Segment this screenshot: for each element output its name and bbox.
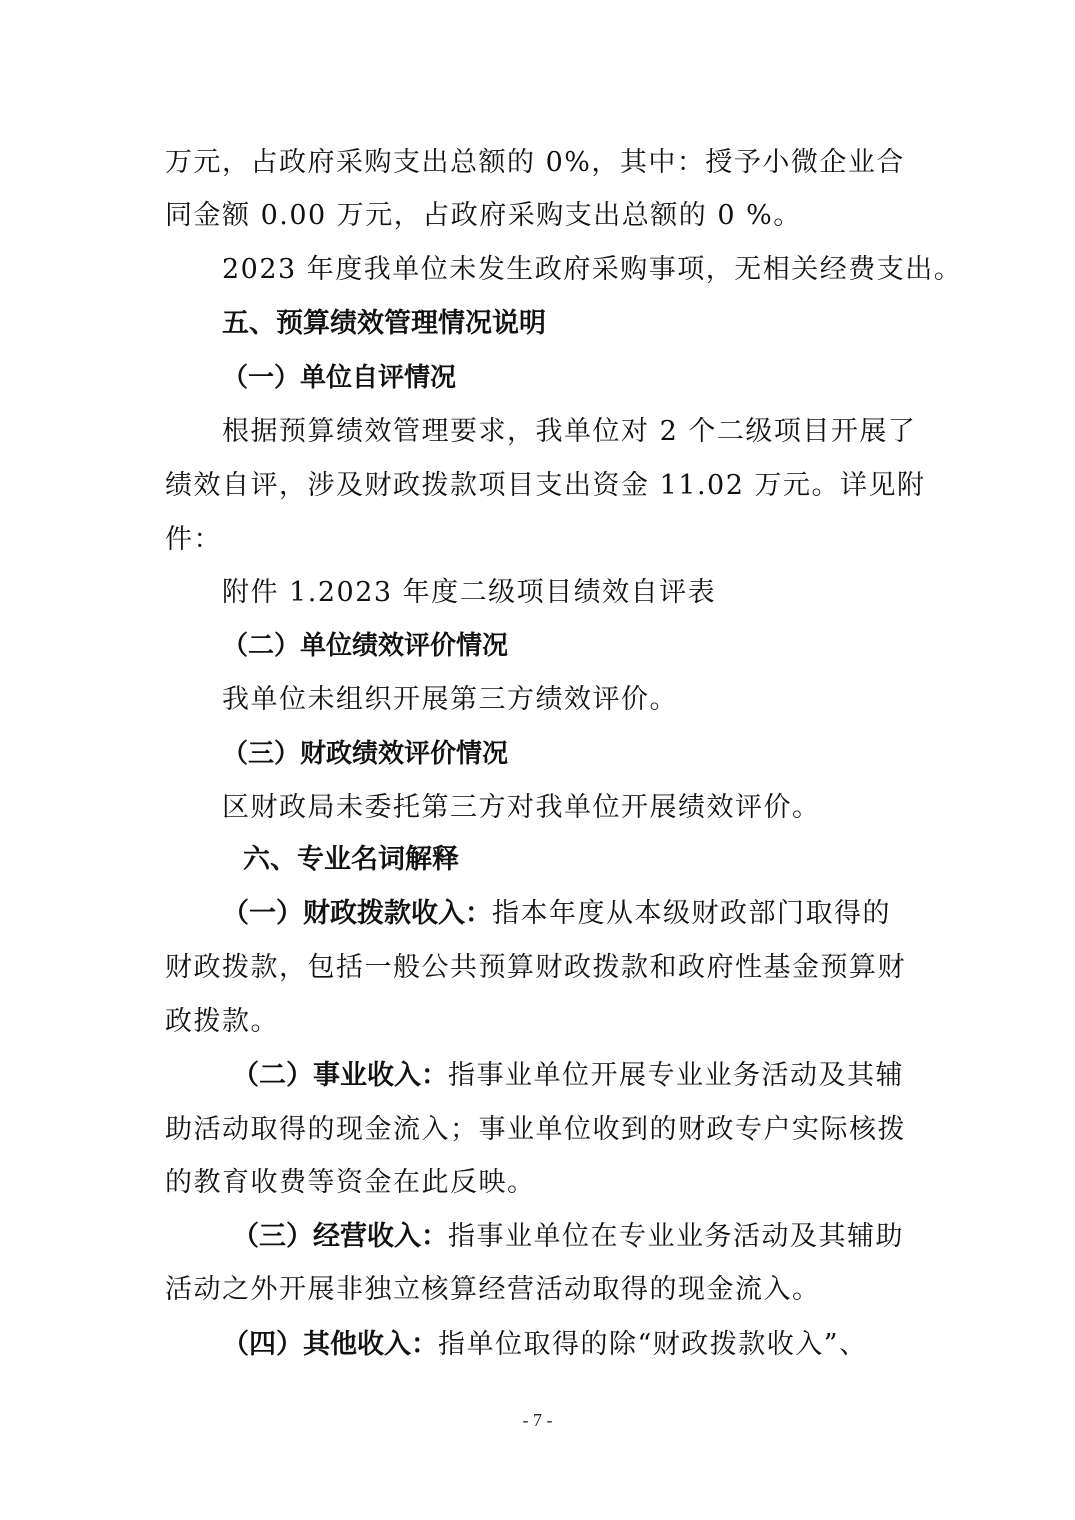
paragraph-line: 绩效自评，涉及财政拨款项目支出资金 11.02 万元。详见附	[165, 466, 915, 506]
definition-line: （三）经营收入：指事业单位在专业业务活动及其辅助	[232, 1217, 925, 1257]
definition-term: （二）事业收入：	[232, 1060, 448, 1091]
attachment-reference: 附件 1.2023 年度二级项目绩效自评表	[222, 573, 915, 613]
definition-term: （四）其他收入：	[222, 1329, 438, 1360]
paragraph-line: 财政拨款，包括一般公共预算财政拨款和政府性基金预算财	[165, 948, 915, 988]
definition-line: （一）财政拨款收入：指本年度从本级财政部门取得的	[222, 894, 915, 934]
paragraph-line: 件：	[165, 520, 915, 560]
paragraph-line: 助活动取得的现金流入；事业单位收到的财政专户实际核拨	[165, 1110, 915, 1150]
subsection-heading: （三）财政绩效评价情况	[222, 734, 972, 774]
definition-term: （三）经营收入：	[232, 1221, 448, 1252]
section-heading: 六、专业名词解释	[243, 840, 993, 880]
definition-line: （二）事业收入：指事业单位开展专业业务活动及其辅	[232, 1056, 925, 1096]
definition-line: （四）其他收入：指单位取得的除“财政拨款收入”、	[222, 1325, 915, 1365]
paragraph-line: 活动之外开展非独立核算经营活动取得的现金流入。	[165, 1270, 915, 1310]
paragraph-line: 万元，占政府采购支出总额的 0%，其中：授予小微企业合	[165, 143, 915, 183]
paragraph-line: 2023 年度我单位未发生政府采购事项，无相关经费支出。	[222, 250, 915, 290]
paragraph-line: 区财政局未委托第三方对我单位开展绩效评价。	[222, 788, 915, 828]
paragraph-line: 我单位未组织开展第三方绩效评价。	[222, 680, 915, 720]
paragraph-line: 根据预算绩效管理要求，我单位对 2 个二级项目开展了	[222, 412, 915, 452]
paragraph-line: 同金额 0.00 万元，占政府采购支出总额的 0 %。	[165, 196, 915, 236]
definition-term: （一）财政拨款收入：	[222, 898, 492, 929]
definition-text: 指单位取得的除“财政拨款收入”、	[438, 1329, 868, 1360]
definition-text: 指本年度从本级财政部门取得的	[492, 898, 891, 929]
subsection-heading: （一）单位自评情况	[222, 358, 972, 398]
page-number: - 7 -	[0, 1410, 1075, 1431]
definition-text: 指事业单位在专业业务活动及其辅助	[448, 1221, 904, 1252]
paragraph-line: 政拨款。	[165, 1002, 915, 1042]
document-page: 万元，占政府采购支出总额的 0%，其中：授予小微企业合 同金额 0.00 万元，…	[0, 0, 1075, 1520]
subsection-heading: （二）单位绩效评价情况	[222, 626, 972, 666]
definition-text: 指事业单位开展专业业务活动及其辅	[448, 1060, 904, 1091]
paragraph-line: 的教育收费等资金在此反映。	[165, 1163, 915, 1203]
section-heading: 五、预算绩效管理情况说明	[222, 304, 972, 344]
